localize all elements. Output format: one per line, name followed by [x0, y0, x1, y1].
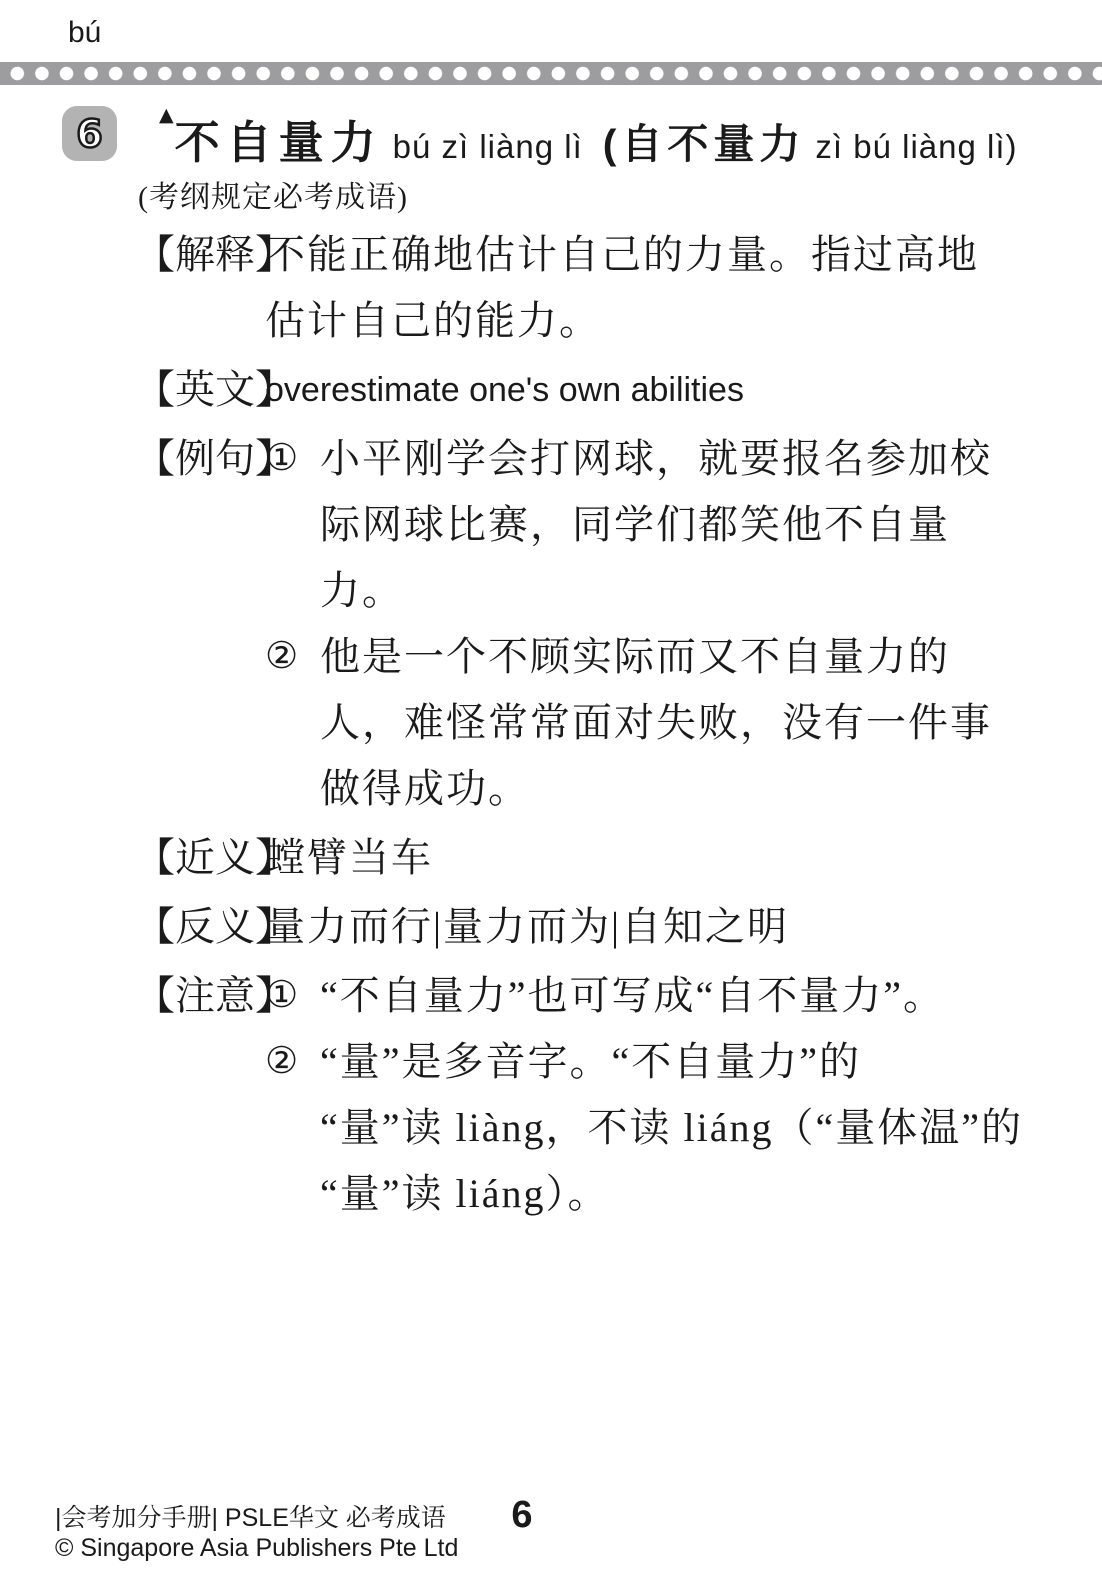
note-item-1: ① “不自量力”也可写成“自不量力”。 [265, 963, 1023, 1029]
note-item-2: ② “量”是多音字。“不自量力”的 “量”读 liàng，不读 liáng（“量… [265, 1029, 1023, 1227]
text-line: “不自量力”也可写成“自不量力”。 [320, 963, 1023, 1029]
entry-syllabus-note: (考纲规定必考成语) [138, 172, 408, 216]
section-item: 不能正确地估计自己的力量。指过高地 估计自己的能力。 [265, 222, 1017, 354]
entry-header: 6 ▲不自量力 bú zì liàng lì (自不量力 zì bú liàng… [62, 106, 1018, 171]
text-line: 他是一个不顾实际而又不自量力的 [320, 624, 1017, 690]
footer-copyright: © Singapore Asia Publishers Pte Ltd [55, 1533, 458, 1563]
entry-variant-pinyin: zì bú liàng lì) [815, 128, 1017, 165]
section-note: 【注意】 ① “不自量力”也可写成“自不量力”。 ② “量”是多音字。“不自量力… [135, 963, 1017, 1227]
section-label: 【反义】 [135, 894, 265, 960]
entry-number-badge: 6 [62, 106, 117, 161]
section-explanation: 【解释】 不能正确地估计自己的力量。指过高地 估计自己的能力。 [135, 222, 1017, 354]
text-line: 做得成功。 [320, 756, 1017, 822]
section-label: 【注意】 [135, 963, 265, 1227]
definition-sections: 【解释】 不能正确地估计自己的力量。指过高地 估计自己的能力。 【英文】 ove… [135, 222, 1017, 1230]
section-label: 【解释】 [135, 222, 265, 354]
text-line: 人，难怪常常面对失败，没有一件事 [320, 690, 1017, 756]
circled-number: ① [265, 963, 320, 1029]
entry-headword: 不自量力 [175, 117, 383, 168]
example-item-2: ② 他是一个不顾实际而又不自量力的 人，难怪常常面对失败，没有一件事 做得成功。 [265, 624, 1017, 822]
entry-title: ▲不自量力 bú zì liàng lì (自不量力 zì bú liàng l… [159, 106, 1018, 171]
text-line: 量力而行|量力而为|自知之明 [265, 894, 1017, 960]
text-line: “量”读 liàng，不读 liáng（“量体温”的 [320, 1095, 1023, 1161]
section-examples: 【例句】 ① 小平刚学会打网球，就要报名参加校 际网球比赛，同学们都笑他不自量 … [135, 426, 1017, 822]
section-item: 量力而行|量力而为|自知之明 [265, 894, 1017, 960]
text-line: 不能正确地估计自己的力量。指过高地 [265, 222, 1017, 288]
entry-number: 6 [76, 112, 102, 156]
section-label: 【例句】 [135, 426, 265, 822]
triangle-marker-icon: ▲ [159, 104, 174, 126]
text-line: “量”是多音字。“不自量力”的 [320, 1029, 1023, 1095]
text-line: “量”读 liáng）。 [320, 1161, 1023, 1227]
section-item: 螳臂当车 [265, 825, 1017, 891]
text-line: overestimate one's own abilities [265, 357, 1017, 423]
text-line: 际网球比赛，同学们都笑他不自量 [320, 492, 1017, 558]
section-label: 【英文】 [135, 357, 265, 423]
page-number: 6 [0, 1494, 1044, 1537]
circled-number: ② [265, 1029, 320, 1227]
entry-variant-headword: (自不量力 [603, 121, 806, 167]
text-line: 估计自己的能力。 [265, 288, 1017, 354]
text-line: 螳臂当车 [265, 825, 1017, 891]
circled-number: ① [265, 426, 320, 624]
example-item-1: ① 小平刚学会打网球，就要报名参加校 际网球比赛，同学们都笑他不自量 力。 [265, 426, 1017, 624]
section-synonym: 【近义】 螳臂当车 [135, 825, 1017, 891]
page-guide-pinyin: bú [68, 16, 101, 50]
section-label: 【近义】 [135, 825, 265, 891]
text-line: 力。 [320, 558, 1017, 624]
text-line: 小平刚学会打网球，就要报名参加校 [320, 426, 1017, 492]
circled-number: ② [265, 624, 320, 822]
section-item: overestimate one's own abilities [265, 357, 1017, 423]
section-english: 【英文】 overestimate one's own abilities [135, 357, 1017, 423]
section-antonym: 【反义】 量力而行|量力而为|自知之明 [135, 894, 1017, 960]
decorative-dot-band [0, 62, 1102, 85]
book-page: bú 6 ▲不自量力 bú zì liàng lì (自不量力 zì bú li… [0, 0, 1102, 1591]
entry-pinyin: bú zì liàng lì [393, 128, 583, 165]
